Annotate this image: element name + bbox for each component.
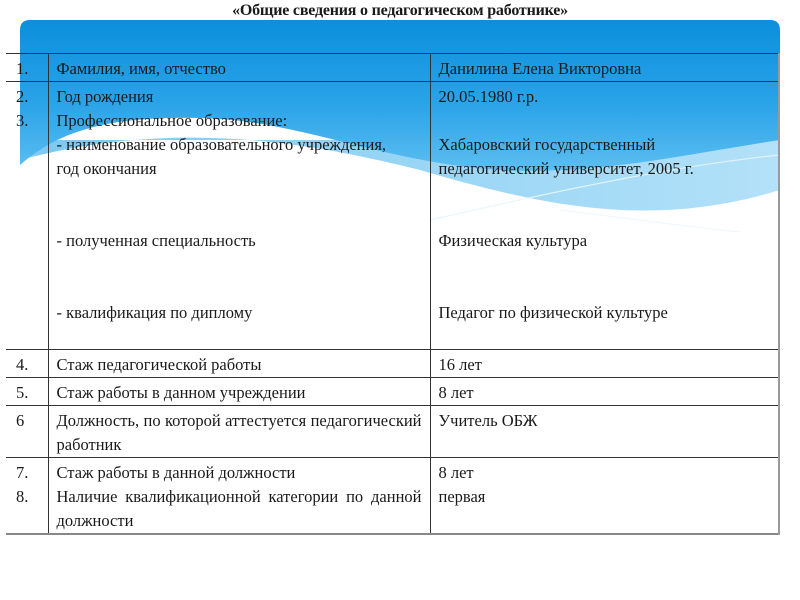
label-text: год окончания: [57, 157, 422, 181]
row-number-cell: 4.: [6, 350, 48, 378]
value-text: [439, 253, 771, 277]
label-text: [57, 325, 422, 349]
table-row: 6Должность, по которой аттестуется педаг…: [6, 406, 779, 458]
value-text: 20.05.1980 г.р.: [439, 85, 771, 109]
label-text: Профессиональное образование:: [57, 109, 422, 133]
label-cell: Стаж педагогической работы: [48, 350, 430, 378]
label-text: Фамилия, имя, отчество: [57, 57, 422, 81]
value-cell: Данилина Елена Викторовна: [430, 54, 779, 82]
row-number-cell: 2.3.: [6, 82, 48, 350]
value-text: [439, 277, 771, 301]
label-text: [57, 277, 422, 301]
label-text: [57, 181, 422, 205]
label-text: Год рождения: [57, 85, 422, 109]
value-cell: 16 лет: [430, 350, 779, 378]
value-text: Физическая культура: [439, 229, 771, 253]
value-text: Хабаровский государственный: [439, 133, 771, 157]
value-text: Учитель ОБЖ: [439, 409, 771, 433]
value-text: педагогический университет, 2005 г.: [439, 157, 771, 181]
label-text: [57, 205, 422, 229]
value-cell: 8 летпервая: [430, 458, 779, 535]
table-row: 2.3.Год рожденияПрофессиональное образов…: [6, 82, 779, 350]
row-number: 4.: [16, 353, 40, 377]
label-text: [57, 253, 422, 277]
value-text: 8 лет: [439, 461, 771, 485]
label-text: Должность, по которой аттестуется педаго…: [57, 409, 422, 457]
table-row: 7.8.Стаж работы в данной должностиНаличи…: [6, 458, 779, 535]
value-text: 8 лет: [439, 381, 771, 405]
value-cell: Учитель ОБЖ: [430, 406, 779, 458]
table-row: 1.Фамилия, имя, отчествоДанилина Елена В…: [6, 54, 779, 82]
label-cell: Стаж работы в данном учреждении: [48, 378, 430, 406]
value-text: первая: [439, 485, 771, 509]
label-text: - полученная специальность: [57, 229, 422, 253]
row-number: 7.: [16, 461, 40, 485]
value-text: Педагог по физической культуре: [439, 301, 771, 325]
label-text: - наименование образовательного учрежден…: [57, 133, 422, 157]
row-number-cell: 5.: [6, 378, 48, 406]
row-number: 1.: [16, 57, 40, 81]
row-number-cell: 6: [6, 406, 48, 458]
teacher-info-table: 1.Фамилия, имя, отчествоДанилина Елена В…: [6, 53, 780, 535]
table-row: 5.Стаж работы в данном учреждении8 лет: [6, 378, 779, 406]
label-cell: Год рожденияПрофессиональное образование…: [48, 82, 430, 350]
label-cell: Должность, по которой аттестуется педаго…: [48, 406, 430, 458]
value-text: Данилина Елена Викторовна: [439, 57, 771, 81]
value-text: [439, 181, 771, 205]
value-cell: 20.05.1980 г.р.Хабаровский государственн…: [430, 82, 779, 350]
label-text: Наличие квалификационной категории по да…: [57, 485, 422, 533]
row-number-cell: 1.: [6, 54, 48, 82]
row-number: 3.: [16, 109, 40, 133]
label-text: Стаж педагогической работы: [57, 353, 422, 377]
row-number: 8.: [16, 485, 40, 509]
table-row: 4.Стаж педагогической работы16 лет: [6, 350, 779, 378]
label-cell: Фамилия, имя, отчество: [48, 54, 430, 82]
label-cell: Стаж работы в данной должностиНаличие кв…: [48, 458, 430, 535]
row-number: 2.: [16, 85, 40, 109]
value-cell: 8 лет: [430, 378, 779, 406]
row-number: 6: [16, 409, 40, 433]
row-number-cell: 7.8.: [6, 458, 48, 535]
row-number: 5.: [16, 381, 40, 405]
label-text: Стаж работы в данном учреждении: [57, 381, 422, 405]
value-text: 16 лет: [439, 353, 771, 377]
slide-title: «Общие сведения о педагогическом работни…: [0, 2, 800, 20]
value-text: [439, 325, 771, 349]
value-text: [439, 109, 771, 133]
value-text: [439, 205, 771, 229]
label-text: Стаж работы в данной должности: [57, 461, 422, 485]
label-text: - квалификация по диплому: [57, 301, 422, 325]
